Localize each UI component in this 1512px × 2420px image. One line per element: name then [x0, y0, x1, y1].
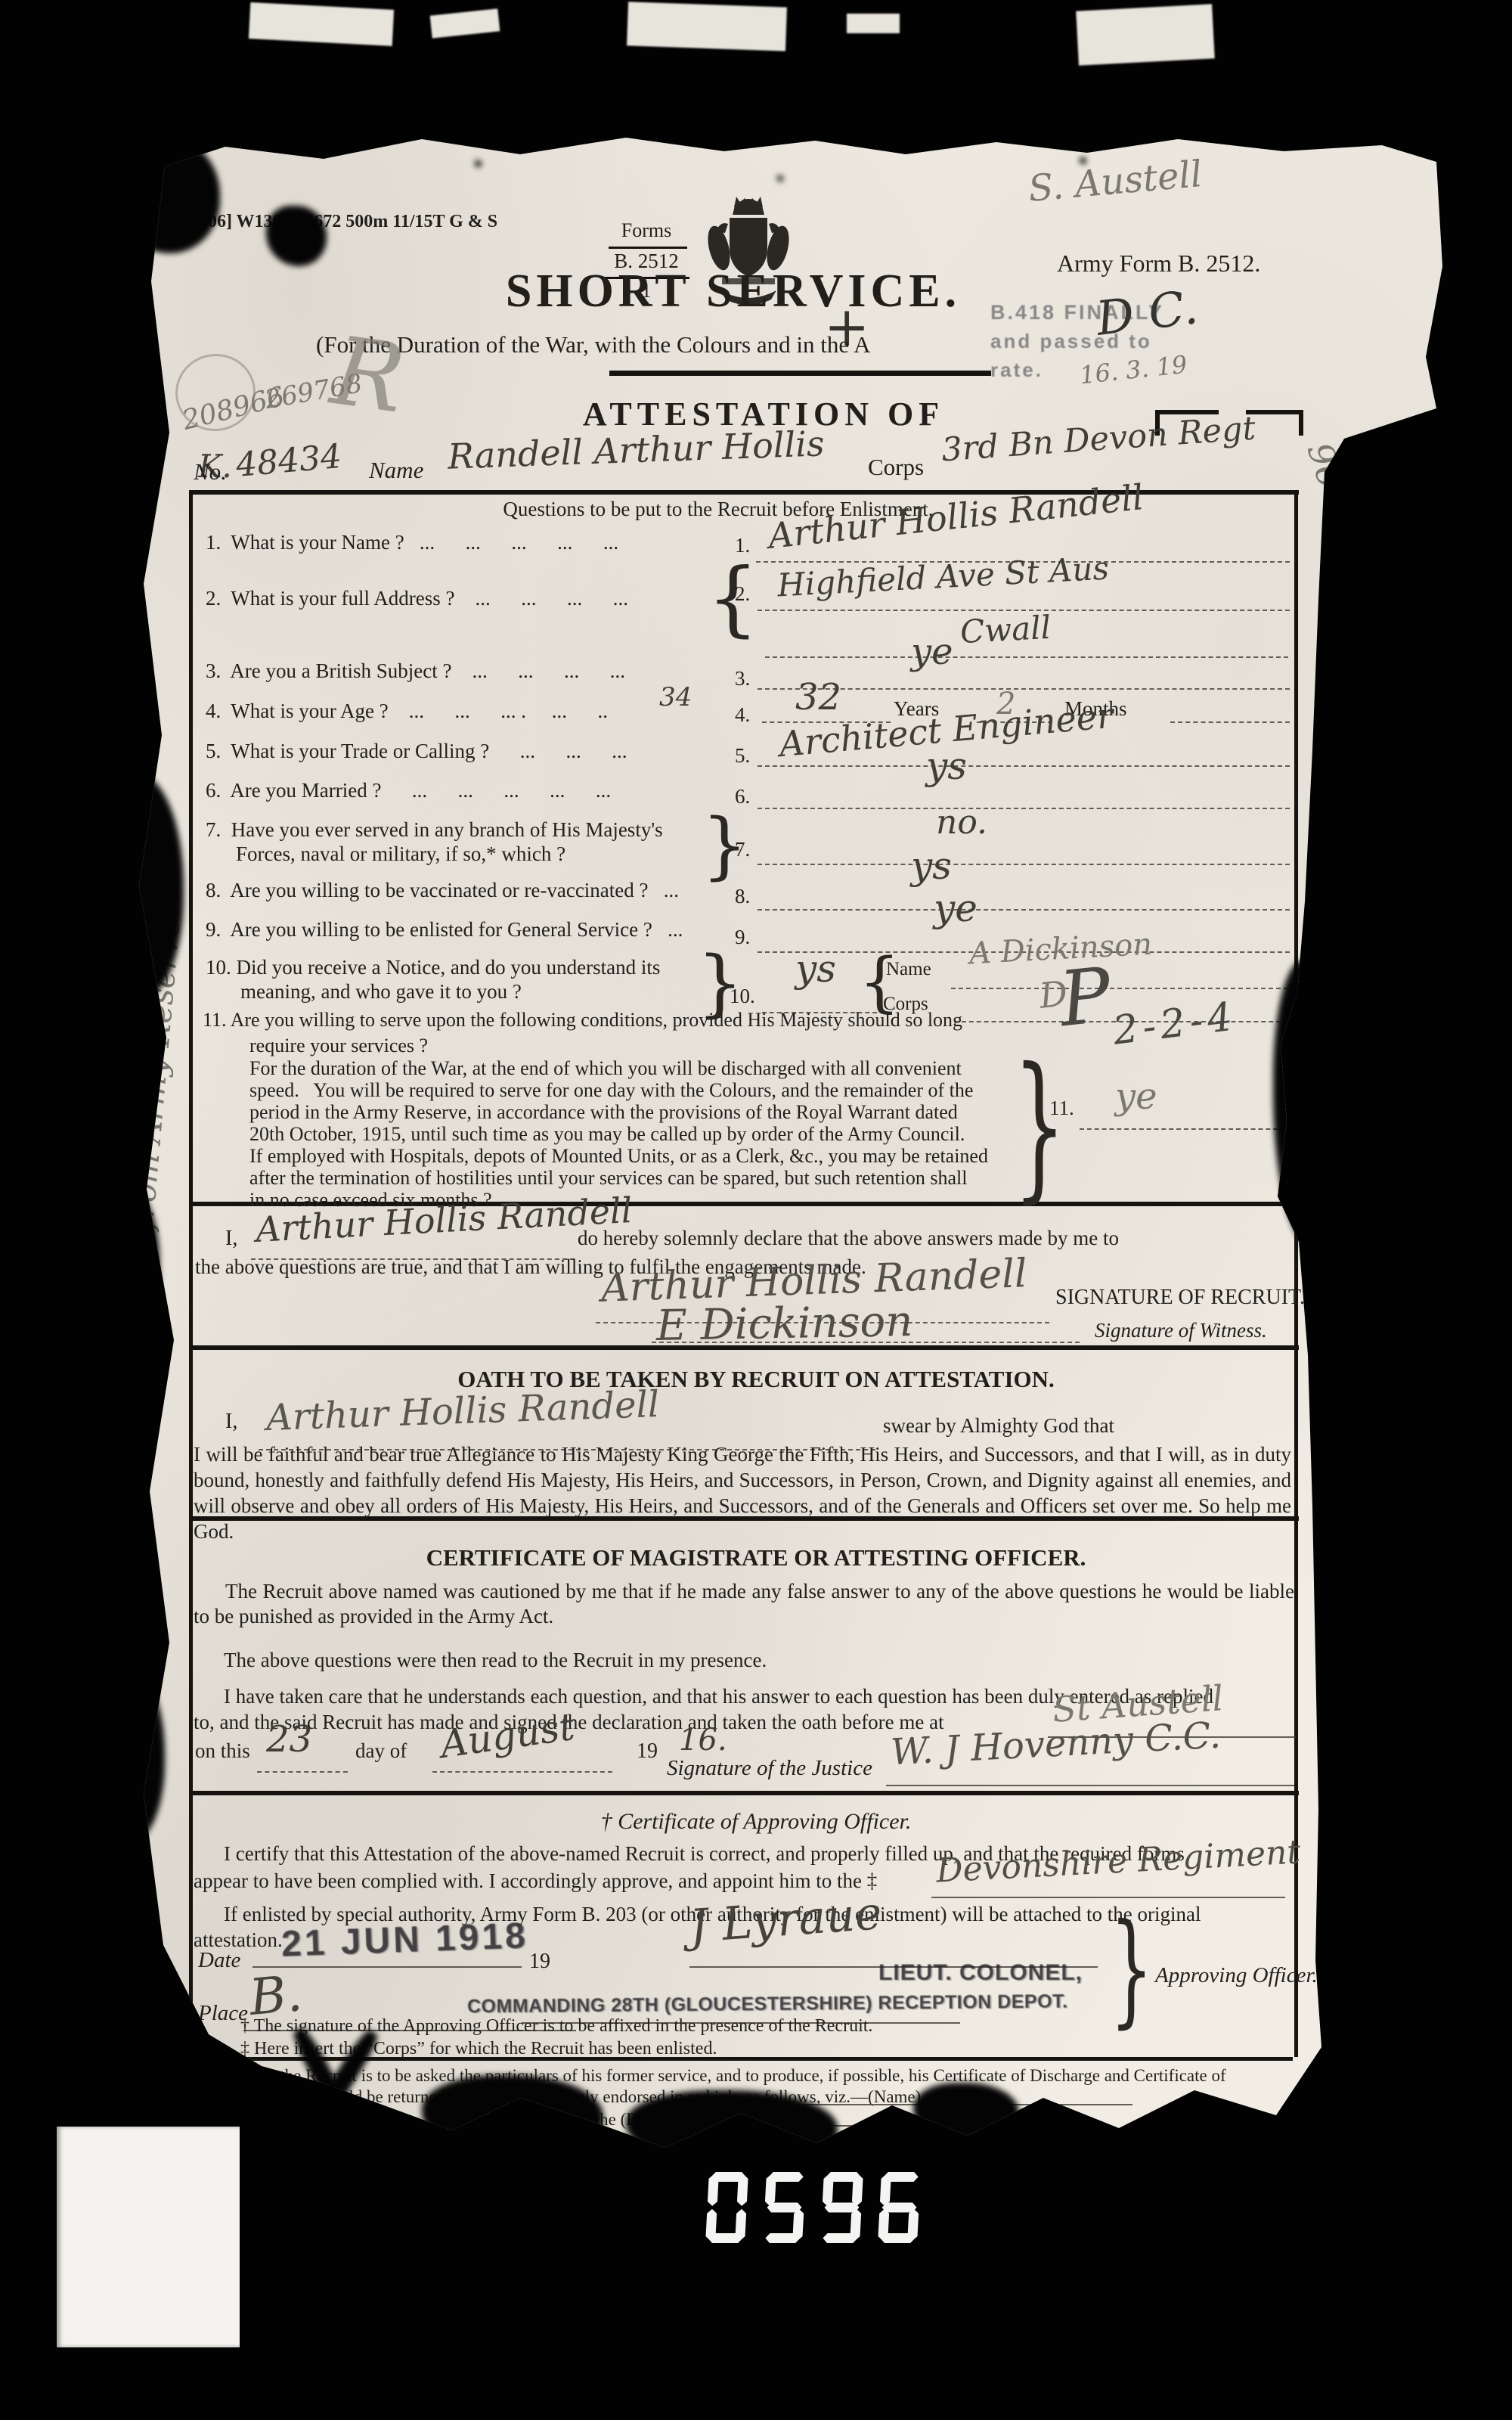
declaration-lead: I,	[225, 1227, 237, 1251]
answer-6-line	[758, 808, 1290, 809]
answer-3-value: ye	[911, 631, 953, 673]
day-of-label: day of	[355, 1739, 407, 1763]
answer-2-value-2: Cwall	[959, 609, 1052, 650]
question-7: 7. Have you ever served in any branch of…	[206, 818, 663, 842]
answer-4-line	[1170, 721, 1290, 723]
magistrate-para-2: The above questions were then read to th…	[224, 1649, 767, 1672]
question-8: 8. Are you willing to be vaccinated or r…	[206, 879, 679, 902]
scan-blotch	[1273, 960, 1345, 1248]
answer-7-value: no.	[936, 803, 987, 842]
oath-lead: I,	[225, 1410, 237, 1434]
appointed-corps-value: Devonshire Regiment	[935, 1832, 1301, 1890]
q1-num: 1.	[206, 531, 221, 554]
oath-lead-end: swear by Almighty God that	[883, 1414, 1114, 1438]
scan-blotch	[88, 1181, 160, 1344]
approving-officer-label: Approving Officer.	[1155, 1963, 1318, 1988]
q11-conditions-line: If employed with Hospitals, depots of Mo…	[249, 1145, 988, 1168]
oath-body: I will be faithful and bear true Allegia…	[194, 1441, 1291, 1544]
answer-4-num: 4.	[735, 703, 750, 727]
question-4: 4. What is your Age ? ... ... ... . ... …	[206, 700, 608, 723]
name-label: Name	[369, 457, 423, 484]
answer-7-line	[758, 864, 1290, 865]
q10-num: 10.	[206, 956, 231, 979]
pay-office-stamp: rate.	[990, 358, 1043, 382]
question-6: 6. Are you Married ? ... ... ... ... ...	[206, 779, 611, 802]
q8-num: 8.	[206, 879, 221, 901]
margin-number-96: 96	[1300, 438, 1352, 492]
q7-num: 7.	[206, 818, 221, 841]
question-2: 2. What is your full Address ? ... ... .…	[206, 587, 628, 610]
answer-2-line-2	[765, 656, 1288, 658]
q11-num: 11.	[203, 1009, 227, 1031]
scan-blotch	[913, 2083, 1019, 2142]
box-border-left	[189, 490, 193, 2057]
answer-1-value: Arthur Hollis Randell	[767, 476, 1145, 557]
scan-speck	[475, 160, 482, 167]
q6-num: 6.	[206, 779, 221, 802]
q11-brace: }	[1013, 1047, 1066, 1205]
q4-num: 4.	[206, 700, 221, 722]
approving-officer-signature: J Lyraue	[688, 1887, 884, 1953]
q11-conditions-line: after the termination of hostilities unt…	[249, 1167, 967, 1190]
q2-num: 2.	[206, 587, 221, 610]
answer-4-years-value: 32	[795, 676, 841, 718]
scan-counter-display	[709, 2172, 921, 2243]
answer-8-value: ys	[911, 844, 952, 888]
q2-text: What is your full Address ? ... ... ... …	[231, 587, 628, 610]
attestation-form-sheet: [806] W13090/4672 500m 11/15T G & S Form…	[97, 130, 1442, 2172]
handwritten-depot-place: S. Austell	[1027, 153, 1204, 210]
depot-stamp: COMMANDING 28TH (GLOUCESTERSHIRE) RECEPT…	[467, 1991, 1068, 2018]
box-rule	[189, 1791, 1299, 1795]
attestation-rule	[609, 371, 991, 376]
answer-8-num: 8.	[735, 885, 750, 908]
question-1: 1. What is your Name ? ... ... ... ... .…	[206, 531, 618, 554]
question-10: 10. Did you receive a Notice, and do you…	[206, 956, 660, 979]
scan-blotch	[110, 136, 220, 253]
asterisk-note-line-1: * If so, the Recruit is to be asked the …	[227, 2066, 1226, 2086]
q10-name-line	[951, 988, 1288, 989]
answer-2-value: Highfield Ave St Aus	[776, 550, 1110, 604]
paper-fragment	[847, 14, 900, 33]
form-title: SHORT SERVICE.	[484, 265, 983, 318]
oath-day-value: 23	[266, 1718, 312, 1761]
scanned-page: [806] W13090/4672 500m 11/15T G & S Form…	[0, 0, 1512, 2420]
date-label: Date	[198, 1948, 240, 1973]
question-11: 11. Are you willing to serve upon the fo…	[203, 1009, 962, 1032]
approving-para-2: appear to have been complied with. I acc…	[194, 1869, 877, 1893]
q9-num: 9.	[206, 918, 221, 941]
witness-signature-line	[652, 1342, 1080, 1343]
oath-day-line	[257, 1771, 348, 1773]
rank-stamp: LIEUT. COLONEL,	[878, 1960, 1083, 1986]
approving-footnote-1: † The signature of the Approving Officer…	[240, 2016, 872, 2037]
answer-7-num: 7.	[735, 838, 750, 861]
question-9: 9. Are you willing to be enlisted for Ge…	[206, 918, 683, 942]
answer-6-value: ys	[926, 744, 967, 788]
answer-11-line	[1080, 1128, 1285, 1130]
answer-5-line	[758, 765, 1290, 767]
q3-num: 3.	[206, 659, 221, 682]
q10-text: Did you receive a Notice, and do you und…	[237, 956, 661, 979]
q1-text: What is your Name ? ... ... ... ... ...	[231, 531, 618, 554]
witness-signature-label: Signature of Witness.	[1095, 1319, 1267, 1342]
oath-month-line	[432, 1771, 612, 1773]
oath-name: Arthur Hollis Randell	[265, 1383, 660, 1439]
question-10-line2: meaning, and who gave it to you ?	[240, 980, 522, 1004]
answer-8-line	[758, 909, 1290, 911]
scan-blotch	[626, 2090, 838, 2166]
army-form-number: Army Form B. 2512.	[1057, 250, 1260, 278]
scan-blotch	[89, 773, 184, 1000]
q3-text: Are you a British Subject ? ... ... ... …	[230, 659, 625, 682]
oath-year-value: 16.	[679, 1723, 727, 1758]
pay-office-stamp: and passed to	[990, 330, 1152, 353]
date-stamp: 21 JUN 1918	[280, 1915, 529, 1965]
q11-conditions-line: For the duration of the War, at the end …	[249, 1057, 962, 1080]
blank-card	[57, 2127, 240, 2347]
question-7-line2: Forces, naval or military, if so,* which…	[236, 842, 565, 866]
q8-text: Are you willing to be vaccinated or re-v…	[230, 879, 679, 901]
approving-brace: }	[1110, 1909, 1153, 2031]
q11-text: Are you willing to serve upon the follow…	[231, 1009, 962, 1031]
on-this-label: on this	[195, 1739, 250, 1763]
corps-label: Corps	[868, 454, 924, 481]
pencil-reference-p: P	[1055, 951, 1115, 1044]
answer-5-num: 5.	[735, 744, 750, 768]
pay-office-stamp: B.418 FINALLY	[990, 301, 1164, 324]
appointed-corps-line	[931, 1897, 1285, 1898]
paper-fragment	[1076, 4, 1215, 65]
q10-name-label: Name	[886, 959, 931, 980]
justice-signature-line	[886, 1785, 1294, 1786]
answer-11-num: 11.	[1049, 1097, 1074, 1120]
magistrate-heading: CERTIFICATE OF MAGISTRATE OR ATTESTING O…	[318, 1544, 1194, 1571]
date-19-printed: 19	[529, 1950, 550, 1974]
q4-text: What is your Age ? ... ... ... . ... ..	[231, 700, 608, 722]
scan-speck	[777, 175, 783, 181]
question-5: 5. What is your Trade or Calling ? ... .…	[206, 740, 627, 763]
recruit-signature-label: SIGNATURE OF RECRUIT.	[1055, 1286, 1305, 1310]
answer-9-value: ye	[934, 886, 978, 930]
pen-flourish: R	[325, 316, 411, 435]
box-border-right	[1294, 490, 1298, 2057]
answer-2-num: 2.	[735, 582, 750, 606]
q2-brace: {	[707, 558, 759, 640]
printers-code: [806] W13090/4672 500m 11/15T G & S	[193, 212, 497, 232]
paper-fragment	[627, 2, 787, 51]
scan-blotch	[89, 1665, 165, 1843]
scan-blotch	[266, 206, 327, 266]
stamp-handwritten-date: 16. 3. 19	[1078, 350, 1188, 390]
paper-fragment	[430, 8, 500, 38]
approving-heading: † Certificate of Approving Officer.	[484, 1809, 1028, 1835]
q7-text: Have you ever served in any branch of Hi…	[231, 818, 663, 841]
q11-conditions-line: period in the Army Reserve, in accordanc…	[249, 1101, 958, 1124]
q5-text: What is your Trade or Calling ? ... ... …	[231, 740, 627, 762]
year-printed: 19	[637, 1739, 658, 1764]
note-regiment-line	[296, 2127, 546, 2128]
question-11-line2: require your services ?	[249, 1035, 428, 1057]
pencil-reference-number: 2-2-4	[1111, 994, 1239, 1054]
q11-conditions-line: speed. You will be required to serve for…	[249, 1079, 973, 1102]
paper-fragment	[249, 2, 394, 46]
service-number-value: 48434	[234, 437, 343, 485]
justice-signature-label: Signature of the Justice	[667, 1756, 872, 1781]
q11-conditions-line: 20th October, 1915, until such time as y…	[249, 1123, 965, 1146]
forms-label: Forms	[582, 219, 711, 242]
answer-10-value: ys	[795, 947, 836, 991]
forms-divider	[609, 247, 687, 249]
answer-11-value: ye	[1115, 1075, 1157, 1118]
no-label: No.	[194, 458, 227, 486]
answer-3-num: 3.	[735, 667, 750, 690]
recruit-name-value: Randell Arthur Hollis	[447, 423, 825, 476]
magistrate-para-1: The Recruit above named was cautioned by…	[194, 1579, 1294, 1629]
q5-num: 5.	[206, 740, 221, 762]
answer-10-num: 10.	[730, 985, 755, 1008]
asterisk-note-line-3: re-enlisted in the (Regiment)	[194, 2108, 394, 2128]
q4-pencil-age: 34	[659, 682, 692, 712]
q9-text: Are you willing to be enlisted for Gener…	[230, 918, 683, 941]
scan-blotch	[422, 2075, 603, 2157]
q6-text: Are you Married ? ... ... ... ... ...	[230, 779, 611, 802]
question-3: 3. Are you a British Subject ? ... ... .…	[206, 659, 625, 683]
declaration-body-1: do hereby solemnly declare that the abov…	[578, 1227, 1119, 1250]
scan-speck	[1080, 157, 1086, 164]
